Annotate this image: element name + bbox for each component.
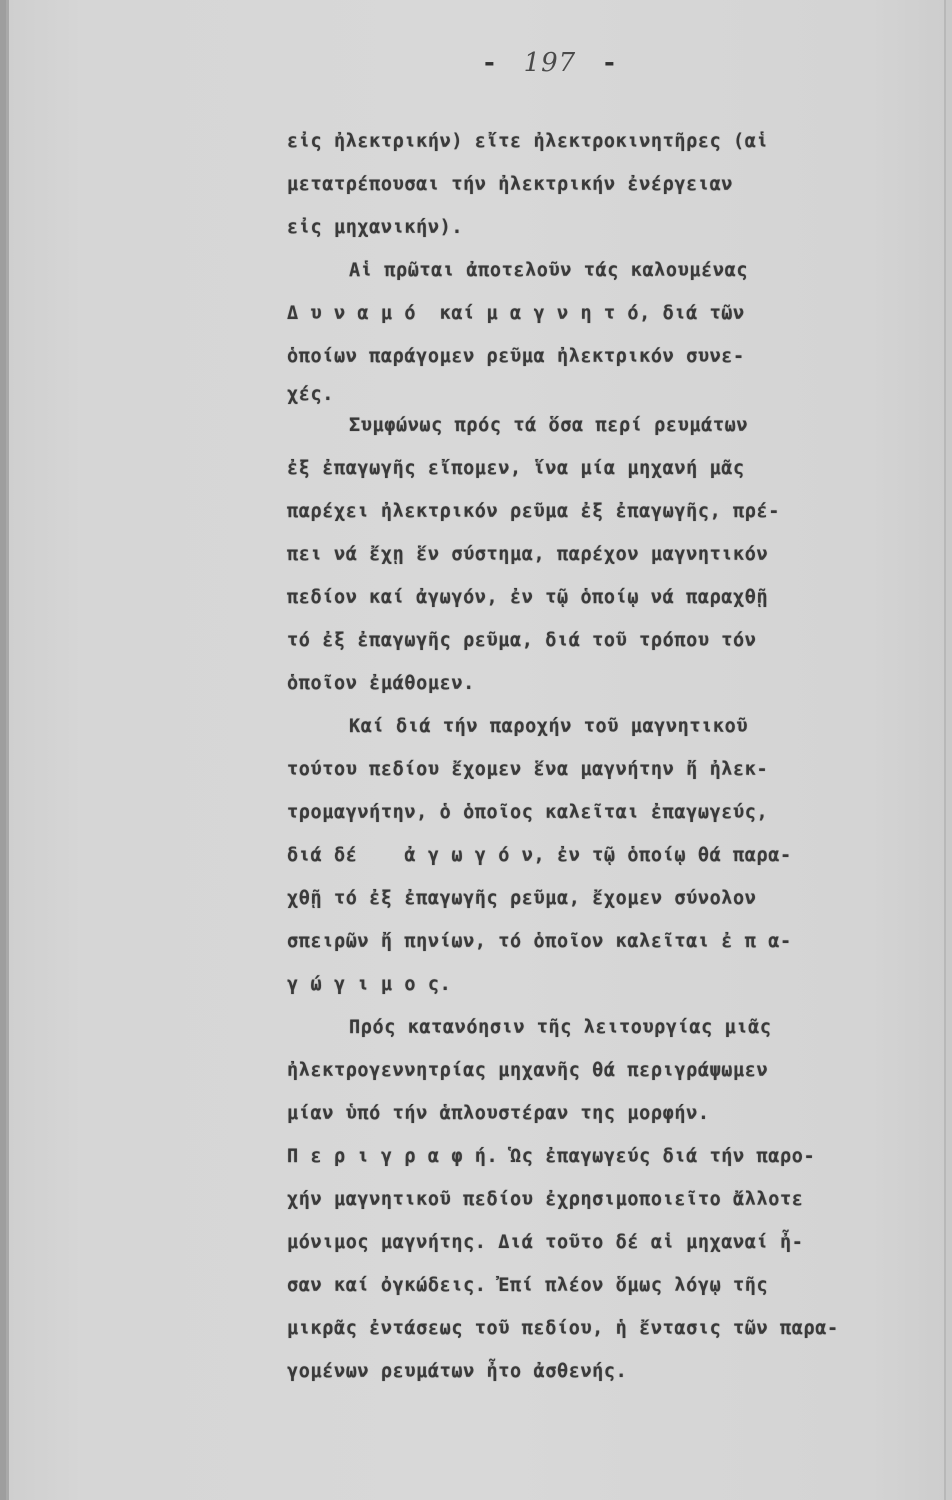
text-line: χήν μαγνητικοῦ πεδίου ἐχρησιμοποιεῖτο ἄλ… bbox=[287, 1178, 907, 1221]
text-line: παρέχει ἠλεκτρικόν ρεῦμα ἐξ ἐπαγωγῆς, πρ… bbox=[287, 490, 907, 533]
text-line: εἰς ἠλεκτρικήν) εἴτε ἠλεκτροκινητῆρες (α… bbox=[287, 120, 907, 163]
page-number-dash-right: - bbox=[604, 48, 616, 78]
text-line: χές. bbox=[287, 378, 907, 404]
text-line: μετατρέπουσαι τήν ἠλεκτρικήν ἐνέργειαν bbox=[287, 163, 907, 206]
text-line: χθῇ τό ἐξ ἐπαγωγῆς ρεῦμα, ἔχομεν σύνολον bbox=[287, 877, 907, 920]
text-line: τό ἐξ ἐπαγωγῆς ρεῦμα, διά τοῦ τρόπου τόν bbox=[287, 619, 907, 662]
page-number-value: 197 bbox=[524, 48, 577, 78]
text-line: ἐξ ἐπαγωγῆς εἴπομεν, ἵνα μία μηχανή μᾶς bbox=[287, 447, 907, 490]
text-line: ὁποῖον ἐμάθομεν. bbox=[287, 662, 907, 705]
text-line: γομένων ρευμάτων ἦτο ἀσθενής. bbox=[287, 1350, 907, 1393]
text-line: ὁποίων παράγομεν ρεῦμα ἠλεκτρικόν συνε- bbox=[287, 335, 907, 378]
text-line: πει νά ἔχῃ ἕν σύστημα, παρέχον μαγνητικό… bbox=[287, 533, 907, 576]
text-line: διά δέ ἀ γ ω γ ό ν, ἐν τῷ ὁποίῳ θά παρα- bbox=[287, 834, 907, 877]
text-line: πεδίον καί ἀγωγόν, ἐν τῷ ὁποίῳ νά παραχθ… bbox=[287, 576, 907, 619]
text-line: Καί διά τήν παροχήν τοῦ μαγνητικοῦ bbox=[287, 705, 907, 748]
body-text: εἰς ἠλεκτρικήν) εἴτε ἠλεκτροκινητῆρες (α… bbox=[287, 120, 907, 1393]
text-line: Δ υ ν α μ ό καί μ α γ ν η τ ό, διά τῶν bbox=[287, 292, 907, 335]
text-line: ἠλεκτρογεννητρίας μηχανῆς θά περιγράψωμε… bbox=[287, 1049, 907, 1092]
text-line: γ ώ γ ι μ ο ς. bbox=[287, 963, 907, 1006]
text-line: μόνιμος μαγνήτης. Διά τοῦτο δέ αἱ μηχανα… bbox=[287, 1221, 907, 1264]
page-number-dash-left: - bbox=[484, 48, 496, 78]
text-line: Πρός κατανόησιν τῆς λειτουργίας μιᾶς bbox=[287, 1006, 907, 1049]
text-line: μικρᾶς ἐντάσεως τοῦ πεδίου, ἡ ἔντασις τῶ… bbox=[287, 1307, 907, 1350]
text-line: σαν καί ὀγκώδεις. Ἐπί πλέον ὅμως λόγῳ τῆ… bbox=[287, 1264, 907, 1307]
text-line: σπειρῶν ἤ πηνίων, τό ὁποῖον καλεῖται ἐ π… bbox=[287, 920, 907, 963]
page-number: - 197 - bbox=[484, 48, 624, 78]
text-line: τρομαγνήτην, ὁ ὁποῖος καλεῖται ἐπαγωγεύς… bbox=[287, 791, 907, 834]
text-line: εἰς μηχανικήν). bbox=[287, 206, 907, 249]
text-line: Π ε ρ ι γ ρ α φ ή. Ὡς ἐπαγωγεύς διά τήν … bbox=[287, 1135, 907, 1178]
text-line: μίαν ὑπό τήν ἁπλουστέραν της μορφήν. bbox=[287, 1092, 907, 1135]
text-line: τούτου πεδίου ἔχομεν ἕνα μαγνήτην ἤ ἠλεκ… bbox=[287, 748, 907, 791]
text-line: Συμφώνως πρός τά ὅσα περί ρευμάτων bbox=[287, 404, 907, 447]
text-line: Αἱ πρῶται ἀποτελοῦν τάς καλουμένας bbox=[287, 249, 907, 292]
